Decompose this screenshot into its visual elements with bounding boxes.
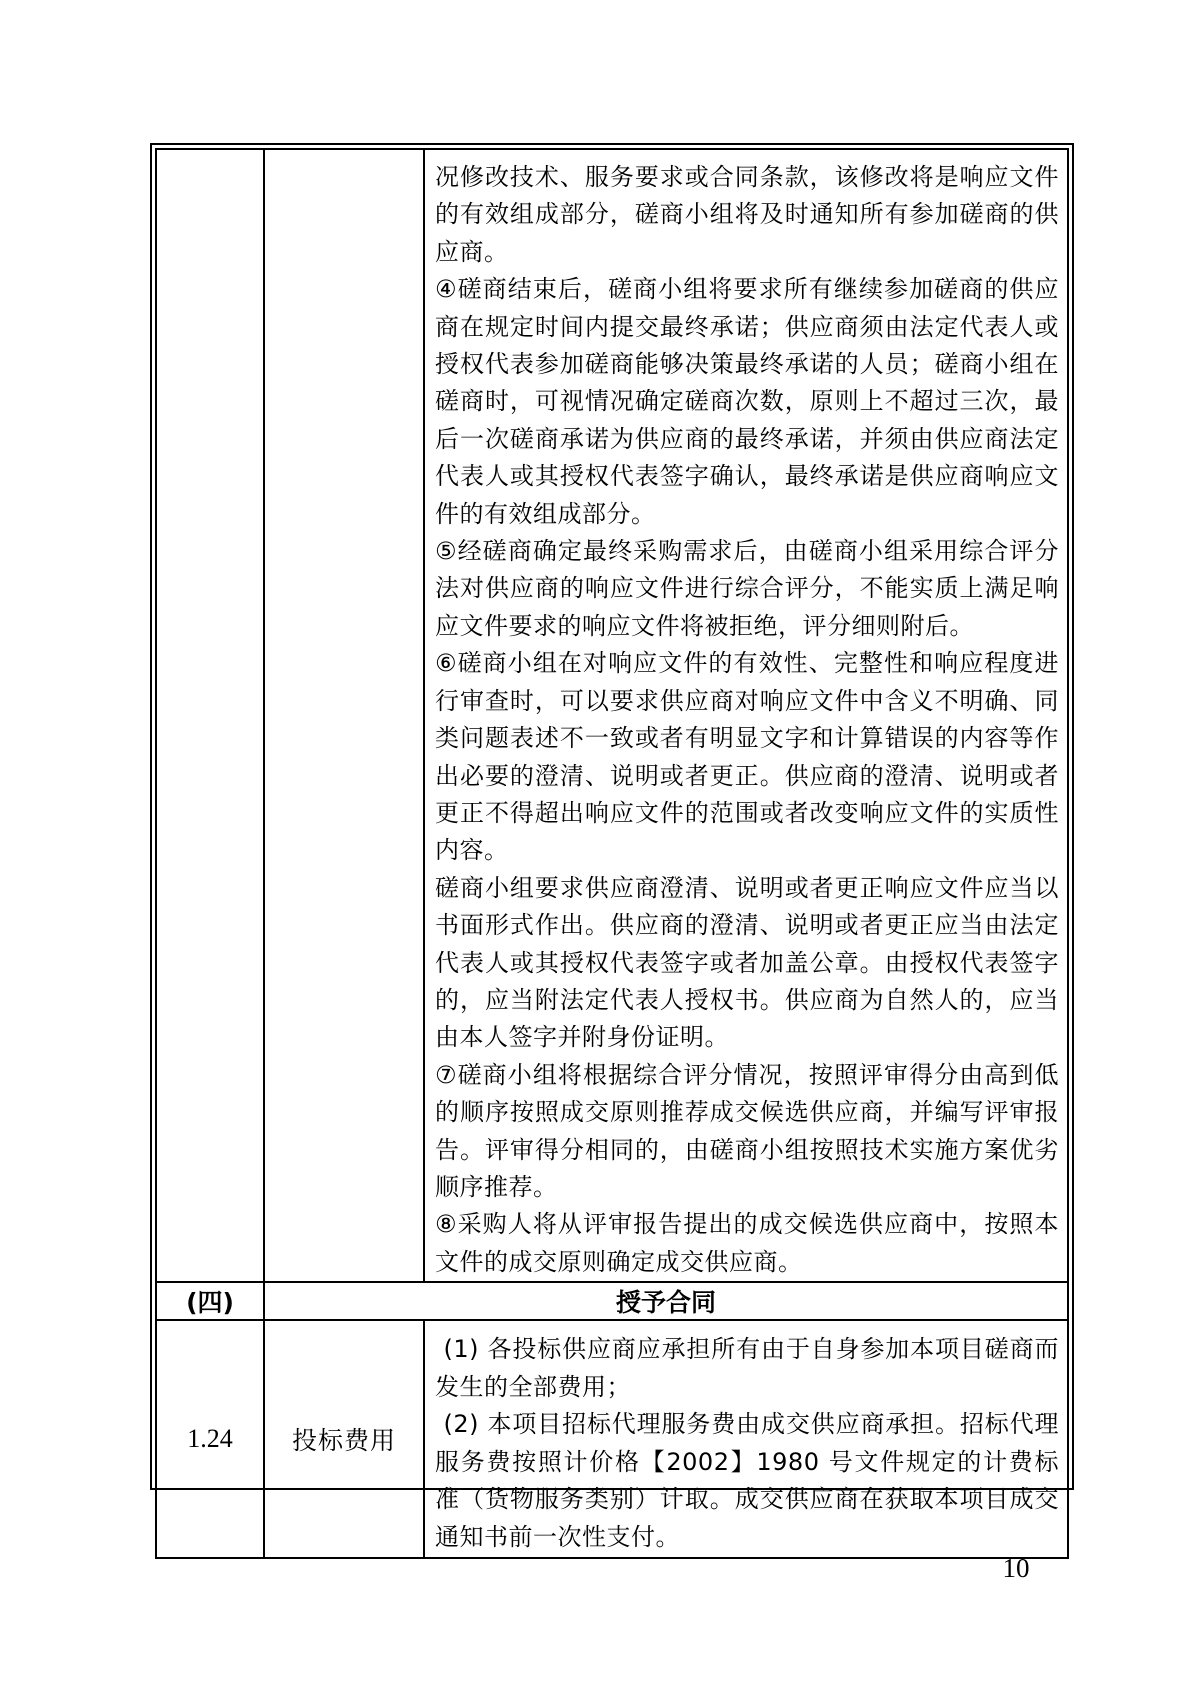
paragraph: ⑧采购人将从评审报告提出的成交候选供应商中，按照本文件的成交原则确定成交供应商。	[435, 1206, 1059, 1281]
paragraph: (2) 本项目招标代理服务费由成交供应商承担。招标代理服务费按照计价格【2002…	[435, 1406, 1059, 1556]
page-number: 10	[996, 1553, 1036, 1584]
paragraph: (1) 各投标供应商应承担所有由于自身参加本项目磋商而发生的全部费用；	[435, 1331, 1059, 1406]
document-page: 况修改技术、服务要求或合同条款，该修改将是响应文件的有效组成部分，磋商小组将及时…	[0, 0, 1190, 1682]
clause-number-cell-empty	[156, 149, 264, 1282]
clause-content-cell: (1) 各投标供应商应承担所有由于自身参加本项目磋商而发生的全部费用； (2) …	[424, 1320, 1068, 1558]
bid-conditions-table: 况修改技术、服务要求或合同条款，该修改将是响应文件的有效组成部分，磋商小组将及时…	[155, 148, 1069, 1559]
section-title-cell: 授予合同	[264, 1282, 1068, 1320]
table-row-fee: 1.24 投标费用 (1) 各投标供应商应承担所有由于自身参加本项目磋商而发生的…	[156, 1320, 1068, 1558]
clause-content-cell: 况修改技术、服务要求或合同条款，该修改将是响应文件的有效组成部分，磋商小组将及时…	[424, 149, 1068, 1282]
paragraph: ⑦磋商小组将根据综合评分情况，按照评审得分由高到低的顺序按照成交原则推荐成交候选…	[435, 1057, 1059, 1207]
clause-number-cell: 1.24	[156, 1320, 264, 1558]
conditions-table-border: 况修改技术、服务要求或合同条款，该修改将是响应文件的有效组成部分，磋商小组将及时…	[150, 143, 1074, 1490]
clause-title-cell-empty	[264, 149, 424, 1282]
paragraph: ⑤经磋商确定最终采购需求后，由磋商小组采用综合评分法对供应商的响应文件进行综合评…	[435, 533, 1059, 645]
paragraph: ⑥磋商小组在对响应文件的有效性、完整性和响应程度进行审查时，可以要求供应商对响应…	[435, 645, 1059, 869]
section-number-cell: (四)	[156, 1282, 264, 1320]
paragraph: 况修改技术、服务要求或合同条款，该修改将是响应文件的有效组成部分，磋商小组将及时…	[435, 159, 1059, 271]
paragraph: ④磋商结束后，磋商小组将要求所有继续参加磋商的供应商在规定时间内提交最终承诺；供…	[435, 271, 1059, 533]
clause-title-cell: 投标费用	[264, 1320, 424, 1558]
paragraph: 磋商小组要求供应商澄清、说明或者更正响应文件应当以书面形式作出。供应商的澄清、说…	[435, 870, 1059, 1057]
table-row-section-header: (四) 授予合同	[156, 1282, 1068, 1320]
table-row-continuation: 况修改技术、服务要求或合同条款，该修改将是响应文件的有效组成部分，磋商小组将及时…	[156, 149, 1068, 1282]
